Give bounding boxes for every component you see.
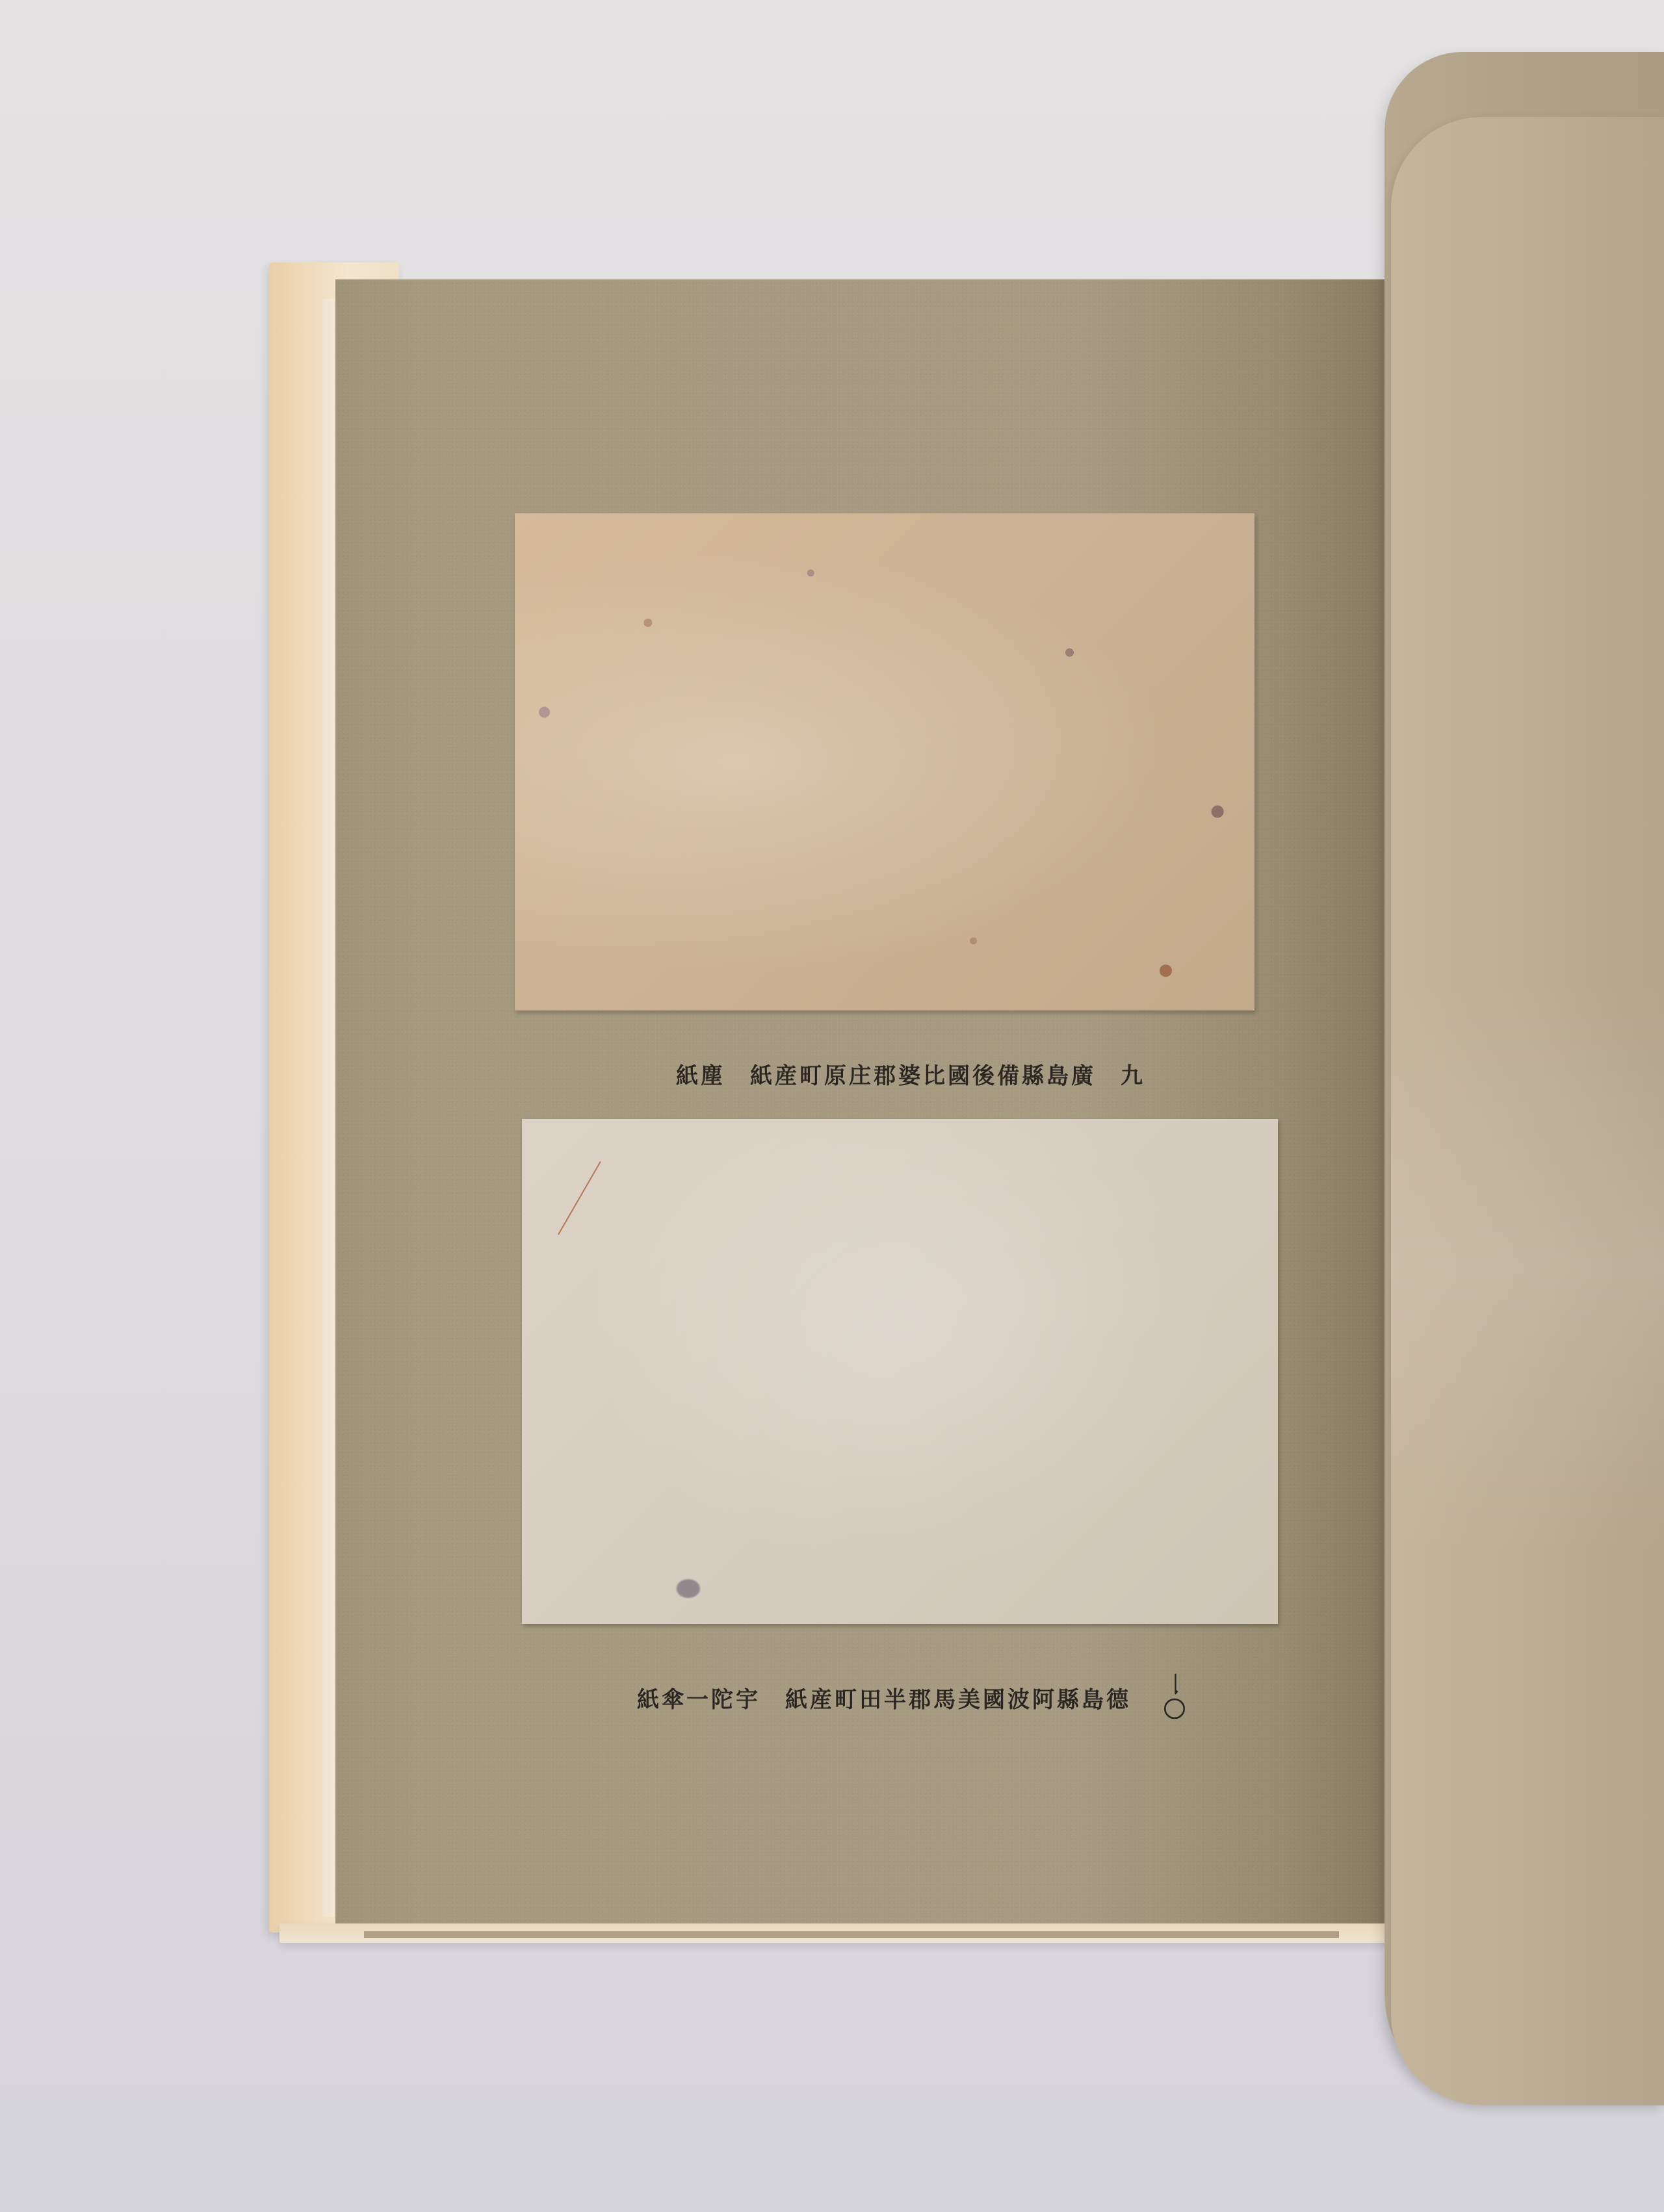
cover-edge-shadow <box>364 1931 1339 1938</box>
specimen-name: 紙塵 <box>676 1058 725 1090</box>
specimen-caption-9: 紙塵紙産町原庄郡婆比國後備縣島廣九 <box>676 1058 1145 1090</box>
specimen-number: 一〇 <box>1160 1673 1191 1723</box>
specimen-origin: 紙産町田半郡馬美國波阿縣島德 <box>785 1682 1131 1714</box>
specimen-number: 九 <box>1121 1058 1145 1090</box>
specimen-caption-10: 紙傘一陀宇紙産町田半郡馬美國波阿縣島德一〇 <box>637 1682 1200 1714</box>
interleaf-highlight <box>1391 975 1664 1560</box>
specimen-origin: 紙産町原庄郡婆比國後備縣島廣 <box>750 1058 1096 1090</box>
fiber-strand <box>558 1161 601 1235</box>
specimen-name: 紙傘一陀宇 <box>637 1682 760 1714</box>
paper-specimen-umbrella-paper <box>522 1119 1278 1624</box>
photo-scene: 紙塵紙産町原庄郡婆比國後備縣島廣九 紙傘一陀宇紙産町田半郡馬美國波阿縣島德一〇 <box>0 0 1664 2212</box>
paper-specimen-dust-paper <box>515 513 1254 1010</box>
